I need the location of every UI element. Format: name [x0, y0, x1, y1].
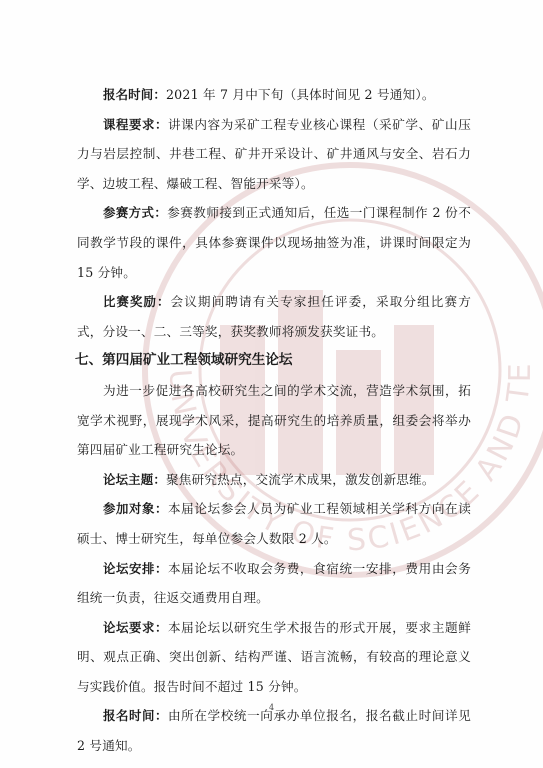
- participation-method-paragraph: 参赛方式：参赛教师接到正式通知后，任选一门课程制作 2 份不同教学节段的课件，具…: [77, 198, 471, 287]
- label: 比赛奖励：: [103, 294, 171, 309]
- section-heading: 七、第四届矿业工程领域研究生论坛: [75, 346, 471, 376]
- label: 参赛方式：: [103, 205, 167, 220]
- label: 报名时间：: [103, 87, 166, 102]
- forum-theme-paragraph: 论坛主题：聚焦研究热点，交流学术成果，激发创新思维。: [77, 465, 471, 495]
- text: 聚焦研究热点，交流学术成果，激发创新思维。: [166, 472, 435, 487]
- label: 论坛主题：: [103, 472, 166, 487]
- document-page: UNIVERSITY OF SCIENCE AND TECHNOLOGY 报名时…: [0, 0, 543, 768]
- text: 2021 年 7 月中下旬（具体时间见 2 号通知）。: [166, 87, 435, 102]
- label: 论坛要求：: [103, 620, 168, 635]
- label: 参加对象：: [103, 501, 168, 516]
- forum-arrangements-paragraph: 论坛安排：本届论坛不收取会务费，食宿统一安排，费用由会务组统一负责，往返交通费用…: [77, 554, 471, 613]
- label: 课程要求：: [103, 117, 168, 132]
- participants-paragraph: 参加对象：本届论坛参会人员为矿业工程领域相关学科方向在读硕士、博士研究生，每单位…: [77, 494, 471, 553]
- forum-requirements-paragraph: 论坛要求：本届论坛以研究生学术报告的形式开展，要求主题鲜明、观点正确、突出创新、…: [77, 613, 471, 702]
- competition-awards-paragraph: 比赛奖励：会议期间聘请有关专家担任评委，采取分组比赛方式，分设一、二、三等奖，获…: [77, 287, 471, 346]
- registration-time-paragraph: 报名时间：2021 年 7 月中下旬（具体时间见 2 号通知）。: [77, 80, 471, 110]
- label: 论坛安排：: [103, 561, 168, 576]
- course-requirements-paragraph: 课程要求：讲课内容为采矿工程专业核心课程（采矿学、矿山压力与岩层控制、井巷工程、…: [77, 110, 471, 199]
- page-number: 4: [0, 703, 543, 712]
- document-body: 报名时间：2021 年 7 月中下旬（具体时间见 2 号通知）。 课程要求：讲课…: [77, 80, 471, 761]
- section-intro-paragraph: 为进一步促进各高校研究生之间的学术交流，营造学术氛围，拓宽学术视野，展现学术风采…: [77, 376, 471, 465]
